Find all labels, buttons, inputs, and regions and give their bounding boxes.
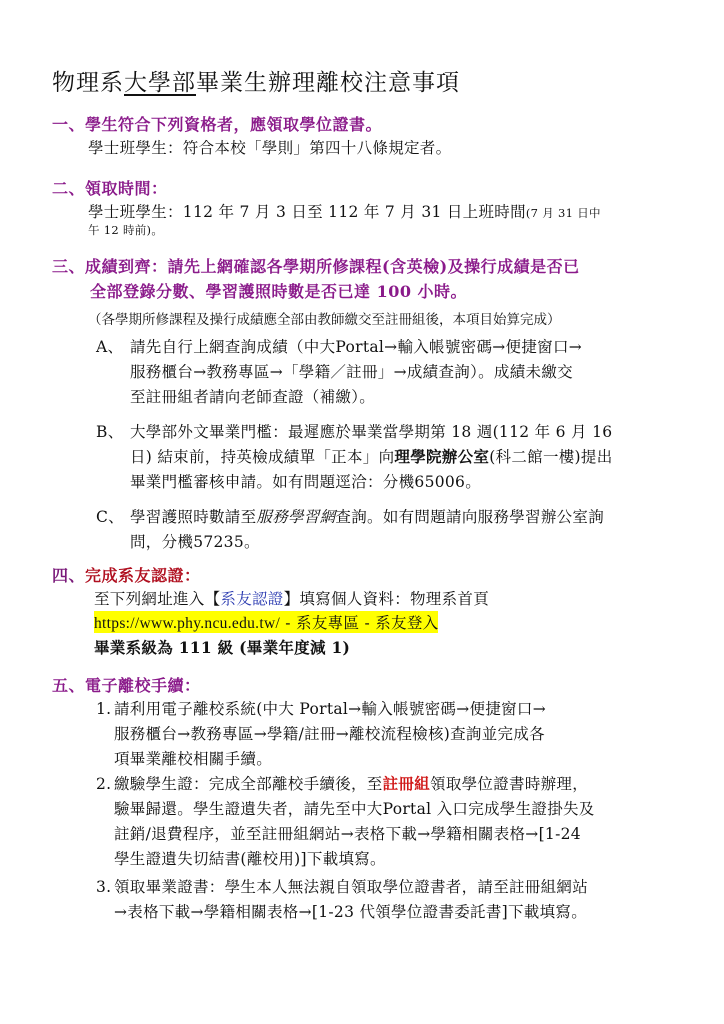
section-1-line: 學士班學生：符合本校「學則」第四十八條規定者。: [88, 136, 451, 158]
section-2-line-2: 午 12 時前)。: [88, 222, 163, 238]
step-3-line-2: →表格下載→學籍相關表格→[1-23 代領學位證書委託書]下載填寫。: [114, 900, 587, 922]
step-1-line-1: 1.請利用電子離校系統(中大 Portal→輸入帳號密碼→便捷窗口→: [96, 697, 546, 719]
alumni-verification-link[interactable]: 系友認證: [220, 590, 283, 608]
item-c-line-2: 問，分機57235。: [130, 530, 260, 552]
step-3-line-1: 3.領取畢業證書：學生本人無法親自領取學位證書者，請至註冊組網站: [96, 875, 588, 897]
page-title: 物理系大學部畢業生辦理離校注意事項: [52, 64, 460, 97]
item-a-line-3: 至註冊組者請向老師查證（補繳）。: [130, 385, 375, 407]
section-2-heading: 二、領取時間：: [52, 176, 168, 199]
step-2-line-1: 2.繳驗學生證：完成全部離校手續後，至註冊組領取學位證書時辦理，: [96, 772, 588, 794]
step-2-line-2: 驗畢歸還。學生證遺失者，請先至中大Portal 入口完成學生證掛失及: [114, 797, 595, 819]
section-2-line-1: 學士班學生：112 年 7 月 3 日至 112 年 7 月 31 日上班時間(…: [88, 200, 601, 222]
step-1-line-2: 服務櫃台→教務專區→學籍/註冊→離校流程檢核)查詢並完成各: [114, 722, 545, 744]
section-3-heading: 三、成績到齊：請先上網確認各學期所修課程(含英檢)及操行成績是否已: [52, 254, 580, 277]
item-a-line-1: A、請先自行上網查詢成績（中大Portal→輸入帳號密碼→便捷窗口→: [96, 335, 582, 357]
department-url[interactable]: https://www.phy.ncu.edu.tw/: [94, 615, 280, 632]
title-underlined: 大學部: [124, 70, 196, 96]
section-3-note: （各學期所修課程及操行成績應全部由教師繳交至註冊組後，本項目始算完成）: [88, 308, 561, 328]
section-5-heading: 五、電子離校手續：: [52, 673, 201, 696]
step-2-line-3: 註銷/退費程序，並至註冊組網站→表格下載→學籍相關表格→[1-24: [114, 822, 581, 844]
section-1-heading: 一、學生符合下列資格者，應領取學位證書。: [52, 112, 382, 135]
section-3-heading-line-2: 全部登錄分數、學習護照時數是否已達 100 小時。: [90, 279, 467, 302]
item-b-line-3: 畢業門檻審核申請。如有問題逕洽：分機65006。: [130, 470, 481, 492]
document-page: 物理系大學部畢業生辦理離校注意事項 一、學生符合下列資格者，應領取學位證書。 學…: [0, 0, 724, 1024]
item-b-line-2: 日) 結束前，持英檢成績單「正本」向理學院辦公室(科二館一樓)提出: [130, 445, 613, 467]
section-4-line-3: 畢業系級為 111 級 (畢業年度減 1): [94, 636, 350, 658]
item-a-line-2: 服務櫃台→教務專區→「學籍／註冊」→成績查詢）。成績未繳交: [130, 360, 573, 382]
section-4-heading: 四、完成系友認證：: [52, 563, 201, 586]
item-b-line-1: B、大學部外文畢業門檻：最遲應於畢業當學期第 18 週(112 年 6 月 16: [96, 420, 612, 442]
step-1-line-3: 項畢業離校相關手續。: [114, 747, 272, 769]
item-c-line-1: C、學習護照時數請至服務學習網查詢。如有問題請向服務學習辦公室詢: [96, 505, 604, 527]
college-office: 理學院辦公室: [394, 447, 489, 466]
step-2-line-4: 學生證遺失切結書(離校用)]下載填寫。: [114, 847, 386, 869]
registration-office: 註冊組: [383, 774, 430, 793]
service-learning-site: 服務學習網: [256, 508, 335, 526]
section-4-url-line: https://www.phy.ncu.edu.tw/ - 系友專區 - 系友登…: [94, 611, 438, 633]
section-4-line-1: 至下列網址進入【系友認證】填寫個人資料：物理系首頁: [94, 587, 489, 609]
